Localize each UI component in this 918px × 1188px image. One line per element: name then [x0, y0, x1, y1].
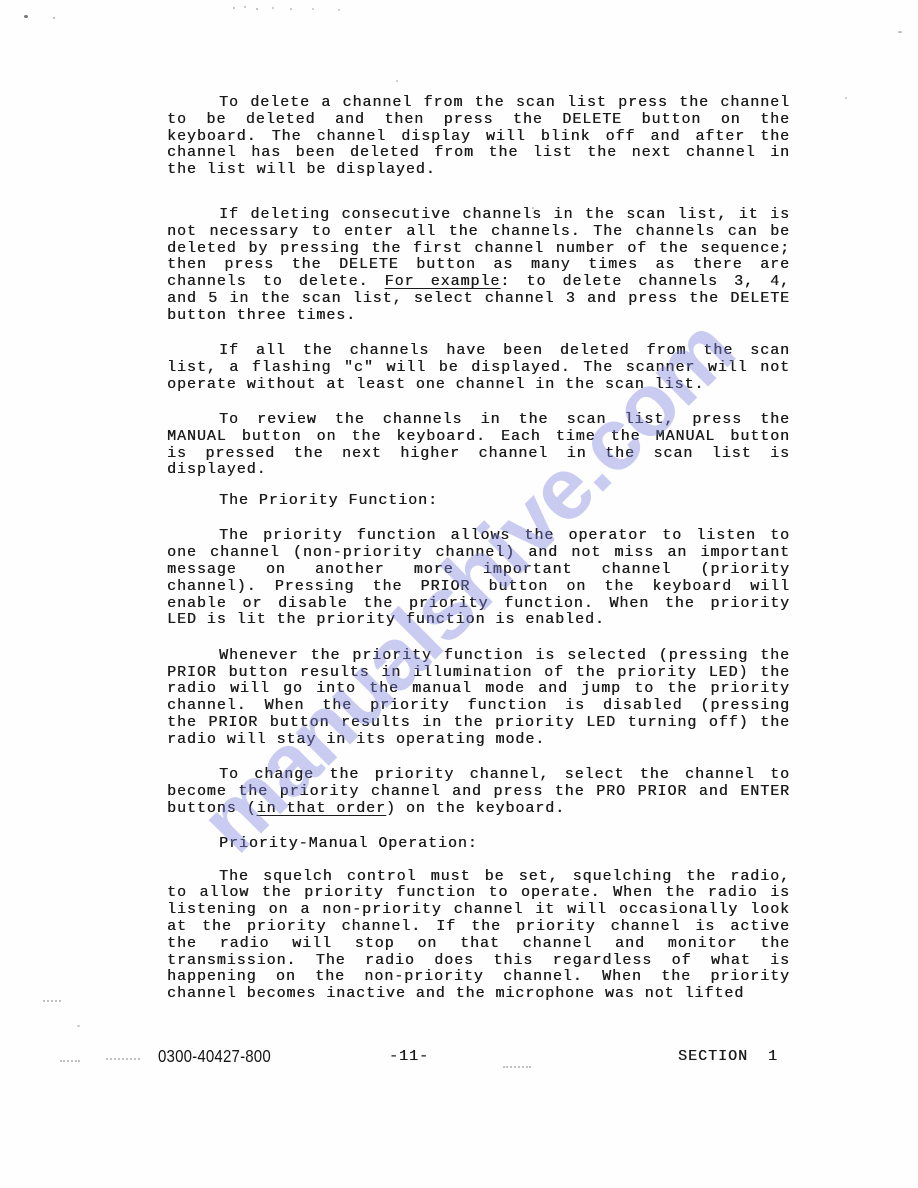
scan-dotted-mark — [503, 1066, 531, 1068]
text-line: transmission. The radio does this regard… — [167, 953, 790, 970]
text-segment: To change the priority channel, select t… — [219, 766, 790, 783]
text-segment: the list will be displayed. — [167, 161, 436, 178]
text-segment: happening on the non-priority channel. W… — [167, 968, 790, 985]
text-line: The Priority Function: — [167, 493, 790, 510]
scan-speck — [312, 8, 314, 10]
para-delete-channel: To delete a channel from the scan list p… — [167, 95, 790, 179]
text-line: Priority-Manual Operation: — [167, 836, 790, 853]
text-segment: become the priority channel and press th… — [167, 783, 790, 800]
heading-priority-function: The Priority Function: — [167, 493, 790, 510]
text-line: enable or disable the priority function.… — [167, 596, 790, 613]
text-line: To change the priority channel, select t… — [167, 767, 790, 784]
text-line: LED is lit the priority function is enab… — [167, 612, 790, 629]
scan-speck — [244, 6, 246, 8]
text-segment: The priority function allows the operato… — [219, 527, 790, 544]
text-segment: If deleting consecutive channels in the … — [219, 206, 790, 223]
para-change-priority: To change the priority channel, select t… — [167, 767, 790, 817]
text-segment: : to delete channels 3, 4, — [500, 273, 790, 290]
text-line: radio will stay in its operating mode. — [167, 732, 790, 749]
text-line: PRIOR button results in illumination of … — [167, 665, 790, 682]
document-body: To delete a channel from the scan list p… — [167, 95, 790, 1022]
text-segment: displayed. — [167, 461, 267, 478]
scan-speck — [233, 7, 235, 9]
text-segment: the radio will stop on that channel and … — [167, 935, 790, 952]
text-segment: channel. When the priority function is d… — [167, 697, 790, 714]
text-segment: radio will stay in its operating mode. — [167, 731, 545, 748]
text-segment: not necessary to enter all the channels.… — [167, 223, 790, 240]
text-line: list, a flashing "c" will be displayed. … — [167, 360, 790, 377]
text-line: The priority function allows the operato… — [167, 528, 790, 545]
text-segment: listening on a non-priority channel it w… — [167, 901, 790, 918]
text-segment: deleted by pressing the first channel nu… — [167, 240, 790, 257]
text-segment: is pressed the next higher channel in th… — [167, 445, 790, 462]
text-line: To review the channels in the scan list,… — [167, 412, 790, 429]
text-segment: channel). Pressing the PRIOR button on t… — [167, 578, 790, 595]
text-segment: button three times. — [167, 307, 356, 324]
text-line: and 5 in the scan list, select channel 3… — [167, 291, 790, 308]
text-segment: transmission. The radio does this regard… — [167, 952, 790, 969]
text-segment: radio will go into the manual mode and j… — [167, 680, 790, 697]
text-line: operate without at least one channel in … — [167, 377, 790, 394]
text-line: channels to delete. For example: to dele… — [167, 274, 790, 291]
text-line: displayed. — [167, 462, 790, 479]
text-line: button three times. — [167, 308, 790, 325]
scan-dotted-mark — [43, 1000, 61, 1002]
text-line: at the priority channel. If the priority… — [167, 919, 790, 936]
para-review-channels: To review the channels in the scan list,… — [167, 412, 790, 479]
text-line: to allow the priority function to operat… — [167, 885, 790, 902]
text-segment: the PRIOR button results in the priority… — [167, 714, 790, 731]
text-line: MANUAL button on the keyboard. Each time… — [167, 429, 790, 446]
text-segment: channel has been deleted from the list t… — [167, 144, 790, 161]
text-segment: to be deleted and then press the DELETE … — [167, 111, 790, 128]
heading-priority-manual: Priority-Manual Operation: — [167, 836, 790, 853]
text-line: message on another more important channe… — [167, 562, 790, 579]
text-line: channel becomes inactive and the microph… — [167, 986, 790, 1003]
para-delete-consecutive: If deleting consecutive channels in the … — [167, 207, 790, 325]
text-segment: Whenever the priority function is select… — [219, 647, 790, 664]
text-segment: channels to delete. — [167, 273, 385, 290]
text-segment: operate without at least one channel in … — [167, 376, 704, 393]
scan-speck — [396, 80, 398, 82]
para-priority-selected: Whenever the priority function is select… — [167, 648, 790, 749]
text-line: channel has been deleted from the list t… — [167, 145, 790, 162]
text-segment: list, a flashing "c" will be displayed. … — [167, 359, 790, 376]
text-segment: Priority-Manual Operation: — [219, 835, 478, 852]
text-line: is pressed the next higher channel in th… — [167, 446, 790, 463]
text-line: happening on the non-priority channel. W… — [167, 969, 790, 986]
text-line: to be deleted and then press the DELETE … — [167, 112, 790, 129]
text-line: listening on a non-priority channel it w… — [167, 902, 790, 919]
text-segment: at the priority channel. If the priority… — [167, 918, 790, 935]
text-line: then press the DELETE button as many tim… — [167, 257, 790, 274]
scan-speck — [290, 8, 292, 10]
text-segment: If all the channels have been deleted fr… — [219, 342, 790, 359]
text-segment: To delete a channel from the scan list p… — [219, 94, 790, 111]
scan-dotted-mark — [106, 1058, 140, 1060]
text-line: the PRIOR button results in the priority… — [167, 715, 790, 732]
text-segment: ) on the keyboard. — [386, 800, 565, 817]
footer-section-label: SECTION 1 — [678, 1048, 778, 1065]
text-line: channel. When the priority function is d… — [167, 698, 790, 715]
scan-speck — [532, 207, 534, 209]
text-segment: channel becomes inactive and the microph… — [167, 985, 744, 1002]
text-segment: To review the channels in the scan list,… — [219, 411, 790, 428]
para-priority-overview: The priority function allows the operato… — [167, 528, 790, 629]
scan-speck — [272, 7, 274, 9]
text-segment: keyboard. The channel display will blink… — [167, 128, 790, 145]
text-segment: The squelch control must be set, squelch… — [219, 868, 790, 885]
text-line: not necessary to enter all the channels.… — [167, 224, 790, 241]
underlined-phrase: For example — [385, 273, 501, 290]
text-segment: one channel (non-priority channel) and n… — [167, 544, 790, 561]
text-segment: MANUAL button on the keyboard. Each time… — [167, 428, 790, 445]
text-segment: then press the DELETE button as many tim… — [167, 256, 790, 273]
text-line: If deleting consecutive channels in the … — [167, 207, 790, 224]
text-line: keyboard. The channel display will blink… — [167, 129, 790, 146]
footer-document-number: 0300-40427-800 — [158, 1046, 271, 1067]
text-line: buttons (in that order) on the keyboard. — [167, 801, 790, 818]
text-line: the list will be displayed. — [167, 162, 790, 179]
text-segment: enable or disable the priority function.… — [167, 595, 790, 612]
text-line: become the priority channel and press th… — [167, 784, 790, 801]
scan-speck — [53, 17, 55, 19]
scan-speck — [77, 1025, 80, 1027]
text-line: If all the channels have been deleted fr… — [167, 343, 790, 360]
text-segment: buttons ( — [167, 800, 257, 817]
text-line: To delete a channel from the scan list p… — [167, 95, 790, 112]
footer-page-number: -11- — [389, 1048, 429, 1065]
text-line: the radio will stop on that channel and … — [167, 936, 790, 953]
text-segment: LED is lit the priority function is enab… — [167, 611, 605, 628]
scan-speck — [24, 15, 28, 18]
text-line: channel). Pressing the PRIOR button on t… — [167, 579, 790, 596]
scanned-manual-page: To delete a channel from the scan list p… — [0, 0, 918, 1188]
text-line: deleted by pressing the first channel nu… — [167, 241, 790, 258]
text-line: radio will go into the manual mode and j… — [167, 681, 790, 698]
text-line: one channel (non-priority channel) and n… — [167, 545, 790, 562]
underlined-phrase: in that order — [257, 800, 386, 817]
scan-dotted-mark — [60, 1060, 80, 1062]
text-segment: The Priority Function: — [219, 492, 438, 509]
text-segment: PRIOR button results in illumination of … — [167, 664, 790, 681]
scan-speck — [845, 97, 847, 99]
scan-speck — [898, 31, 902, 33]
text-line: Whenever the priority function is select… — [167, 648, 790, 665]
text-segment: message on another more important channe… — [167, 561, 790, 578]
scan-speck — [256, 8, 258, 10]
scan-speck — [338, 9, 340, 11]
text-segment: and 5 in the scan list, select channel 3… — [167, 290, 790, 307]
text-line: The squelch control must be set, squelch… — [167, 869, 790, 886]
para-squelch-control: The squelch control must be set, squelch… — [167, 869, 790, 1003]
para-all-channels-deleted: If all the channels have been deleted fr… — [167, 343, 790, 393]
text-segment: to allow the priority function to operat… — [167, 884, 790, 901]
